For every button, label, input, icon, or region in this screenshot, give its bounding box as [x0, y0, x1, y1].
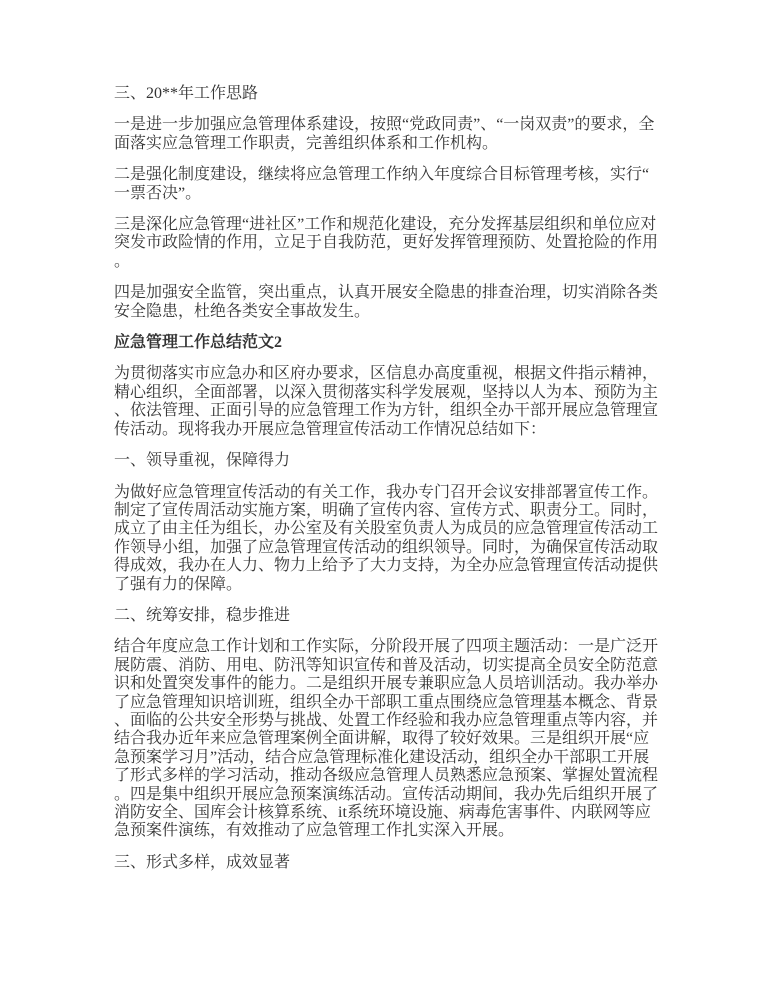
- para-essay2-section-2: 结合年度应急工作计划和工作实际，分阶段开展了四项主题活动：一是广泛开展防震、消防…: [114, 638, 659, 840]
- para-work-plan-point-3: 三是深化应急管理“进社区”工作和规范化建设，充分发挥基层组织和单位应对突发市政险…: [114, 216, 659, 271]
- document-page: { "page": { "background_color": "#ffffff…: [0, 0, 770, 1000]
- para-essay2-intro: 为贯彻落实市应急办和区府办要求，区信息办高度重视，根据文件指示精神，精心组织，全…: [114, 365, 659, 439]
- heading-essay2-section-1: 一、领导重视，保障得力: [114, 452, 659, 470]
- heading-essay2-section-3: 三、形式多样，成效显著: [114, 854, 659, 872]
- para-work-plan-point-1: 一是进一步加强应急管理体系建设，按照“党政同责”、“一岗双责”的要求，全面落实应…: [114, 116, 659, 153]
- heading-essay-2-title: 应急管理工作总结范文2: [114, 334, 659, 352]
- heading-essay2-section-2: 二、统筹安排，稳步推进: [114, 607, 659, 625]
- para-work-plan-point-2: 二是强化制度建设，继续将应急管理工作纳入年度综合目标管理考核，实行“一票否决”。: [114, 166, 659, 203]
- para-work-plan-point-4: 四是加强安全监管，突出重点，认真开展安全隐患的排查治理，切实消除各类安全隐患，杜…: [114, 284, 659, 321]
- heading-work-plan: 三、20**年工作思路: [114, 85, 659, 103]
- document-content: 三、20**年工作思路 一是进一步加强应急管理体系建设，按照“党政同责”、“一岗…: [114, 85, 659, 885]
- para-essay2-section-1: 为做好应急管理宣传活动的有关工作，我办专门召开会议安排部署宣传工作。制定了宣传周…: [114, 484, 659, 594]
